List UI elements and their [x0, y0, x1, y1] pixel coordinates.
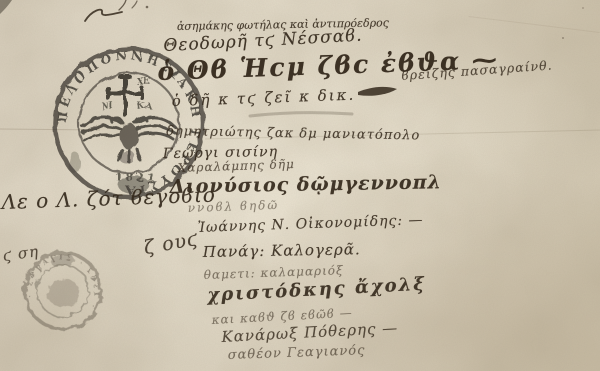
signature-line-16-faded: σαθέον Γεαγιανός: [227, 343, 365, 363]
seal-ink-smudge-left: [69, 152, 81, 174]
signature-line-13: χριστόδκης ἄχολξ: [207, 274, 427, 306]
top-edge-stroke-1: [119, 0, 126, 10]
small-seal-center-smudge: [45, 276, 82, 310]
signature-line-11: Πανάγ: Καλογερᾶ.: [203, 240, 361, 261]
top-edge-stroke-2: [132, 1, 137, 8]
signature-line-8: Διονύσιος δῷμγεννοπλ: [170, 171, 442, 198]
manuscript-page: ΠΕΛΟΠΟΝΝΗΣΙΑΚΗ ΓΕΡΟΥΣΙΑ ΧΕ ΝΙ ΚΑ: [0, 0, 600, 371]
seal-cross-letters-left: ΝΙ: [101, 102, 113, 112]
signature-line-10: Ἰωάννης Ν. Οἰκονομίδης: —: [197, 212, 423, 236]
large-wax-seal: ΠΕΛΟΠΟΝΝΗΣΙΑΚΗ ΓΕΡΟΥΣΙΑ ΧΕ ΝΙ ΚΑ: [49, 43, 209, 203]
signature-terminal-blob: [358, 87, 397, 96]
top-squiggle-flourish: [85, 10, 122, 21]
small-wax-seal: · ΣΦΡΑΓΙΣ · 1821 ·: [19, 247, 107, 335]
seal-cross-letters-top: ΧΕ: [137, 78, 151, 88]
ink-smear-under-line4: [250, 113, 352, 116]
right-margin-note: ϐρεΐζης πασαγραίνθ.: [401, 57, 553, 83]
seal-cross-letters-right: ΚΑ: [137, 102, 153, 112]
signature-line-15: Κανάρωξ Πόθερης —: [221, 319, 399, 346]
fold-crease-top-right: [468, 16, 599, 33]
fold-crease-right: [205, 130, 600, 140]
seal-ink-smudge-bottom: [118, 176, 150, 194]
signature-line-1: ἀσημάκης φωτήλας καὶ ἀντιπρόεδρος: [177, 16, 389, 33]
corner-ink-mark: [0, 0, 12, 14]
mid-flourish-note: ζ ουϛ: [142, 228, 200, 259]
seal-ink-smudge-center: [119, 150, 135, 164]
stray-speck-2: [582, 7, 584, 9]
signature-line-12-faded: θαμετι: καλαμαριόξ: [204, 263, 344, 282]
top-ink-dot: [146, 6, 149, 9]
signature-line-14-faded: και καϐϑ ζϐ εϐῶϐ —: [211, 306, 353, 327]
stray-speck-1: [562, 37, 564, 39]
